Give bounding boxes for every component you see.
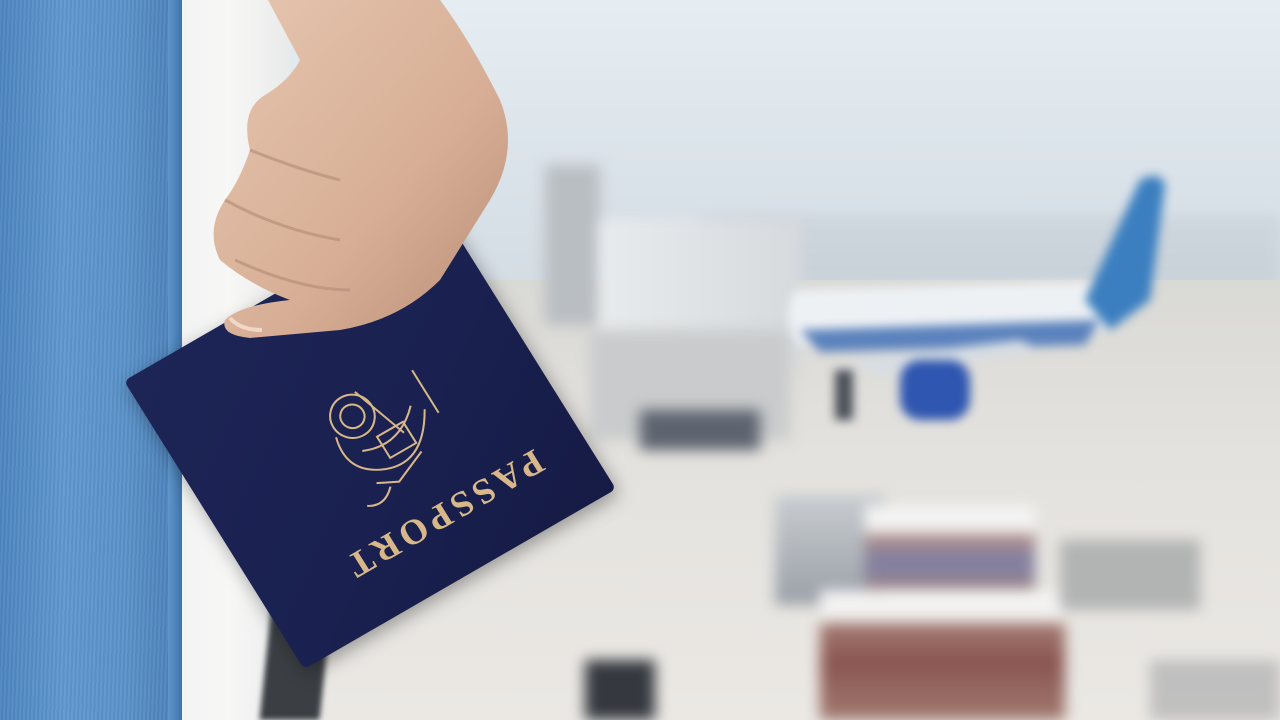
- photo-scene: ted States PASSPORT: [0, 0, 1280, 720]
- hand: [0, 0, 1280, 720]
